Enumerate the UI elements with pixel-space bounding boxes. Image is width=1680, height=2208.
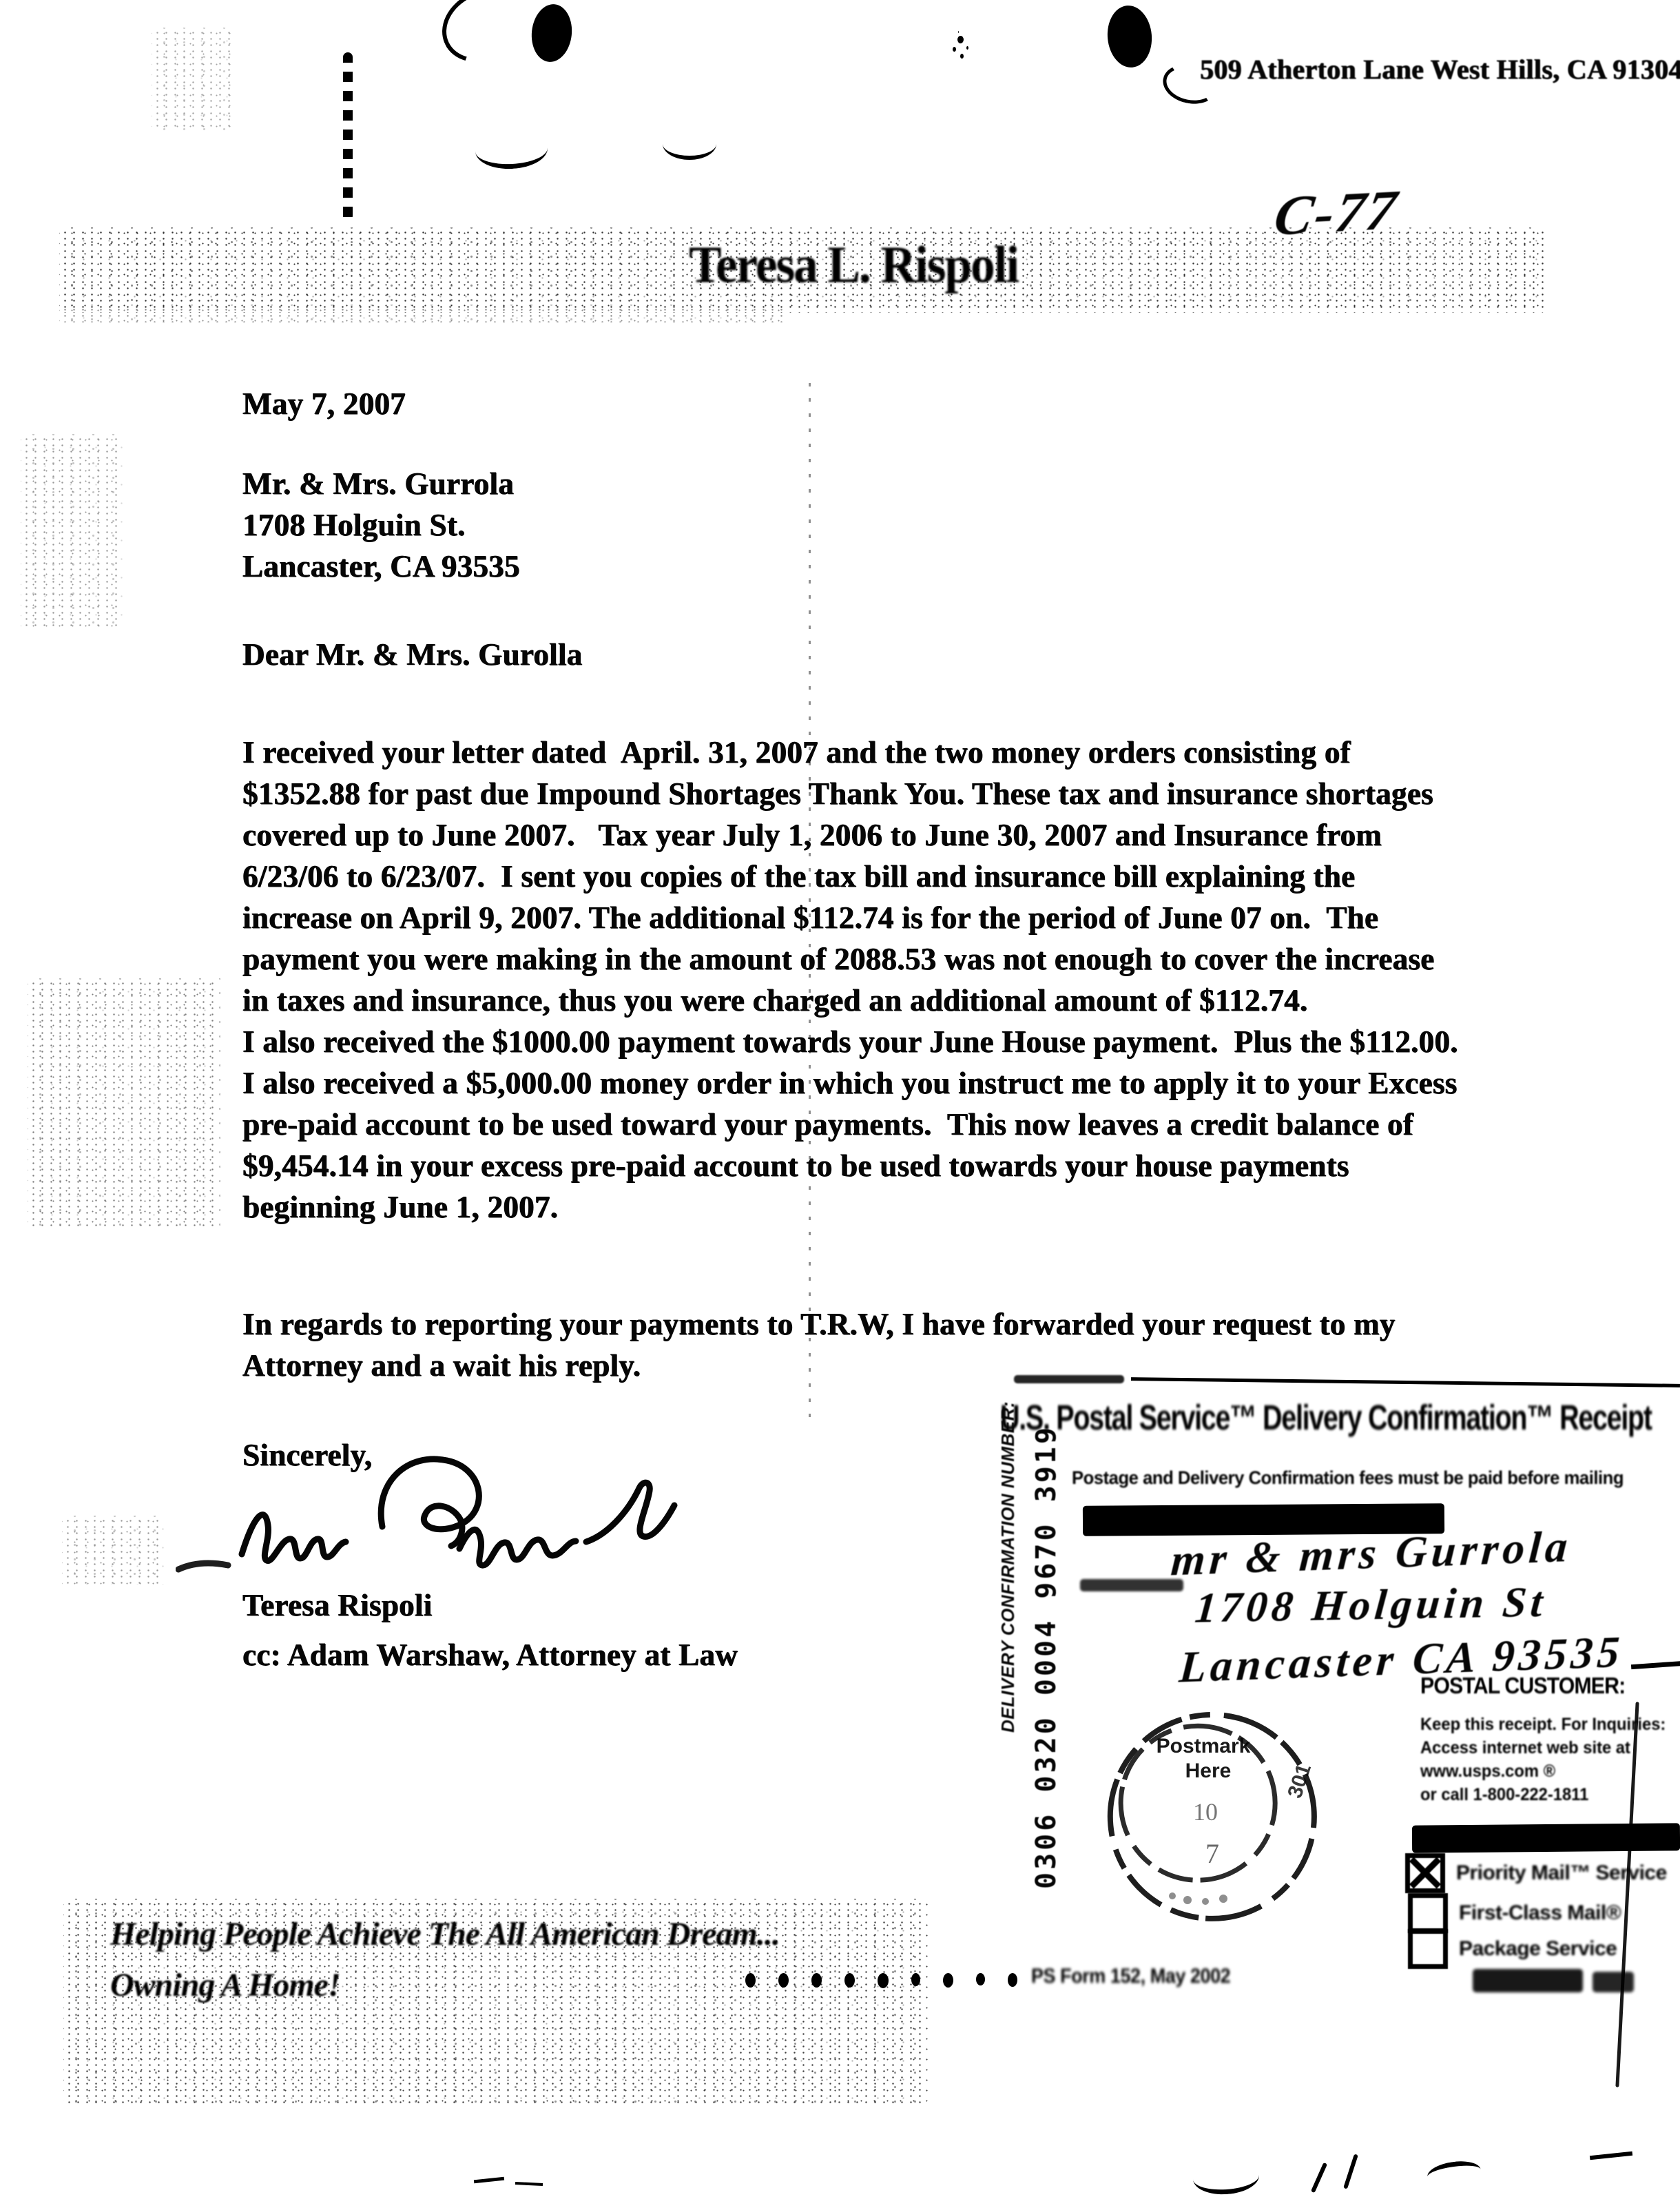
recipient-address: Mr. & Mrs. Gurrola 1708 Holguin St. Lanc… xyxy=(242,463,862,587)
pen-dash xyxy=(1631,1659,1680,1669)
ps-form-number: PS Form 152, May 2002 xyxy=(1031,1965,1230,1988)
pen-curve xyxy=(1426,2158,1482,2189)
postmark-stamp: Postmark Here 10 7 301 xyxy=(1097,1689,1327,1937)
ink-speck xyxy=(957,36,964,43)
handwritten-signature xyxy=(176,1445,720,1597)
illegible-note-blob xyxy=(1593,1972,1634,1992)
footer-tagline-line2: Owning A Home! xyxy=(110,1966,340,2004)
sender-address: 509 Atherton Lane West Hills, CA 91304 (… xyxy=(1200,50,1680,89)
scan-arc-mark xyxy=(475,129,549,170)
sender-name-banner: Teresa L. Rispoli xyxy=(689,234,1018,295)
cc-line: cc: Adam Warshaw, Attorney at Law xyxy=(242,1634,738,1675)
postal-customer-text: Keep this receipt. For Inquiries: Access… xyxy=(1420,1713,1666,1806)
margin-speckle xyxy=(152,28,234,131)
margin-speckle xyxy=(28,978,220,1226)
scan-arc-mark xyxy=(430,0,539,76)
service-label: First-Class Mail® xyxy=(1459,1901,1621,1925)
service-row-package: Package Service xyxy=(1408,1929,1617,1969)
postmark-digit-top: 10 xyxy=(1193,1798,1218,1826)
footer-tagline-line1: Helping People Achieve The All American … xyxy=(110,1915,780,1953)
hole-punch-mark xyxy=(529,2,574,64)
signature-printed-name: Teresa Rispoli xyxy=(242,1585,433,1626)
postmark-digit-bottom: 7 xyxy=(1205,1838,1219,1869)
pen-dash xyxy=(1590,2152,1632,2160)
receipt-title: U.S. Postal Service™ Delivery Confirmati… xyxy=(1000,1399,1652,1438)
margin-speckle xyxy=(62,1516,165,1585)
ink-smudge xyxy=(1014,1375,1124,1383)
paragraph-2: I also received the $1000.00 payment tow… xyxy=(242,1021,1551,1228)
redacted-check-one-bar xyxy=(1412,1823,1680,1853)
pen-dash xyxy=(515,2182,543,2186)
service-row-priority: Priority Mail™ Service xyxy=(1405,1853,1667,1893)
postal-customer-heading: POSTAL CUSTOMER: xyxy=(1420,1673,1625,1699)
hole-punch-mark xyxy=(1105,3,1154,69)
illegible-note-blob xyxy=(1473,1969,1583,1992)
service-label: Package Service xyxy=(1459,1937,1617,1961)
banner-noise-band xyxy=(59,305,782,322)
pen-curve xyxy=(1192,2158,1260,2197)
scanned-letter-page: 509 Atherton Lane West Hills, CA 91304 (… xyxy=(0,0,1680,2208)
paragraph-3: In regards to reporting your payments to… xyxy=(242,1303,1551,1386)
paragraph-1: I received your letter dated April. 31, … xyxy=(242,732,1551,1021)
illegible-form-label xyxy=(1080,1579,1183,1591)
salutation: Dear Mr. & Mrs. Gurolla xyxy=(242,634,582,675)
vertical-dotted-mark xyxy=(343,52,353,220)
dotted-row-mark xyxy=(745,1973,1017,1988)
service-row-first-class: First-Class Mail® xyxy=(1408,1893,1621,1933)
margin-speckle xyxy=(21,434,124,627)
delivery-confirmation-label: DELIVERY CONFIRMATION NUMBER: xyxy=(997,1457,1019,1733)
postmark-label-line1: Postmark xyxy=(1157,1735,1251,1757)
pen-slash xyxy=(1343,2154,1358,2189)
service-label: Priority Mail™ Service xyxy=(1456,1861,1667,1885)
checkbox-priority-mail xyxy=(1405,1853,1445,1893)
pen-dash xyxy=(474,2177,504,2184)
pen-slash xyxy=(1311,2163,1327,2193)
letter-date: May 7, 2007 xyxy=(242,383,406,424)
receipt-subtitle: Postage and Delivery Confirmation fees m… xyxy=(1072,1467,1624,1489)
scan-arc-mark xyxy=(663,128,716,160)
delivery-confirmation-number: 0306 0320 0004 9670 3919 xyxy=(1030,1414,1062,1889)
checkbox-first-class-mail xyxy=(1408,1893,1448,1933)
postmark-label-line2: Here xyxy=(1185,1760,1232,1782)
checkbox-package-service xyxy=(1408,1929,1448,1969)
handwritten-addressee-street: 1708 Holguin St xyxy=(1193,1578,1549,1633)
